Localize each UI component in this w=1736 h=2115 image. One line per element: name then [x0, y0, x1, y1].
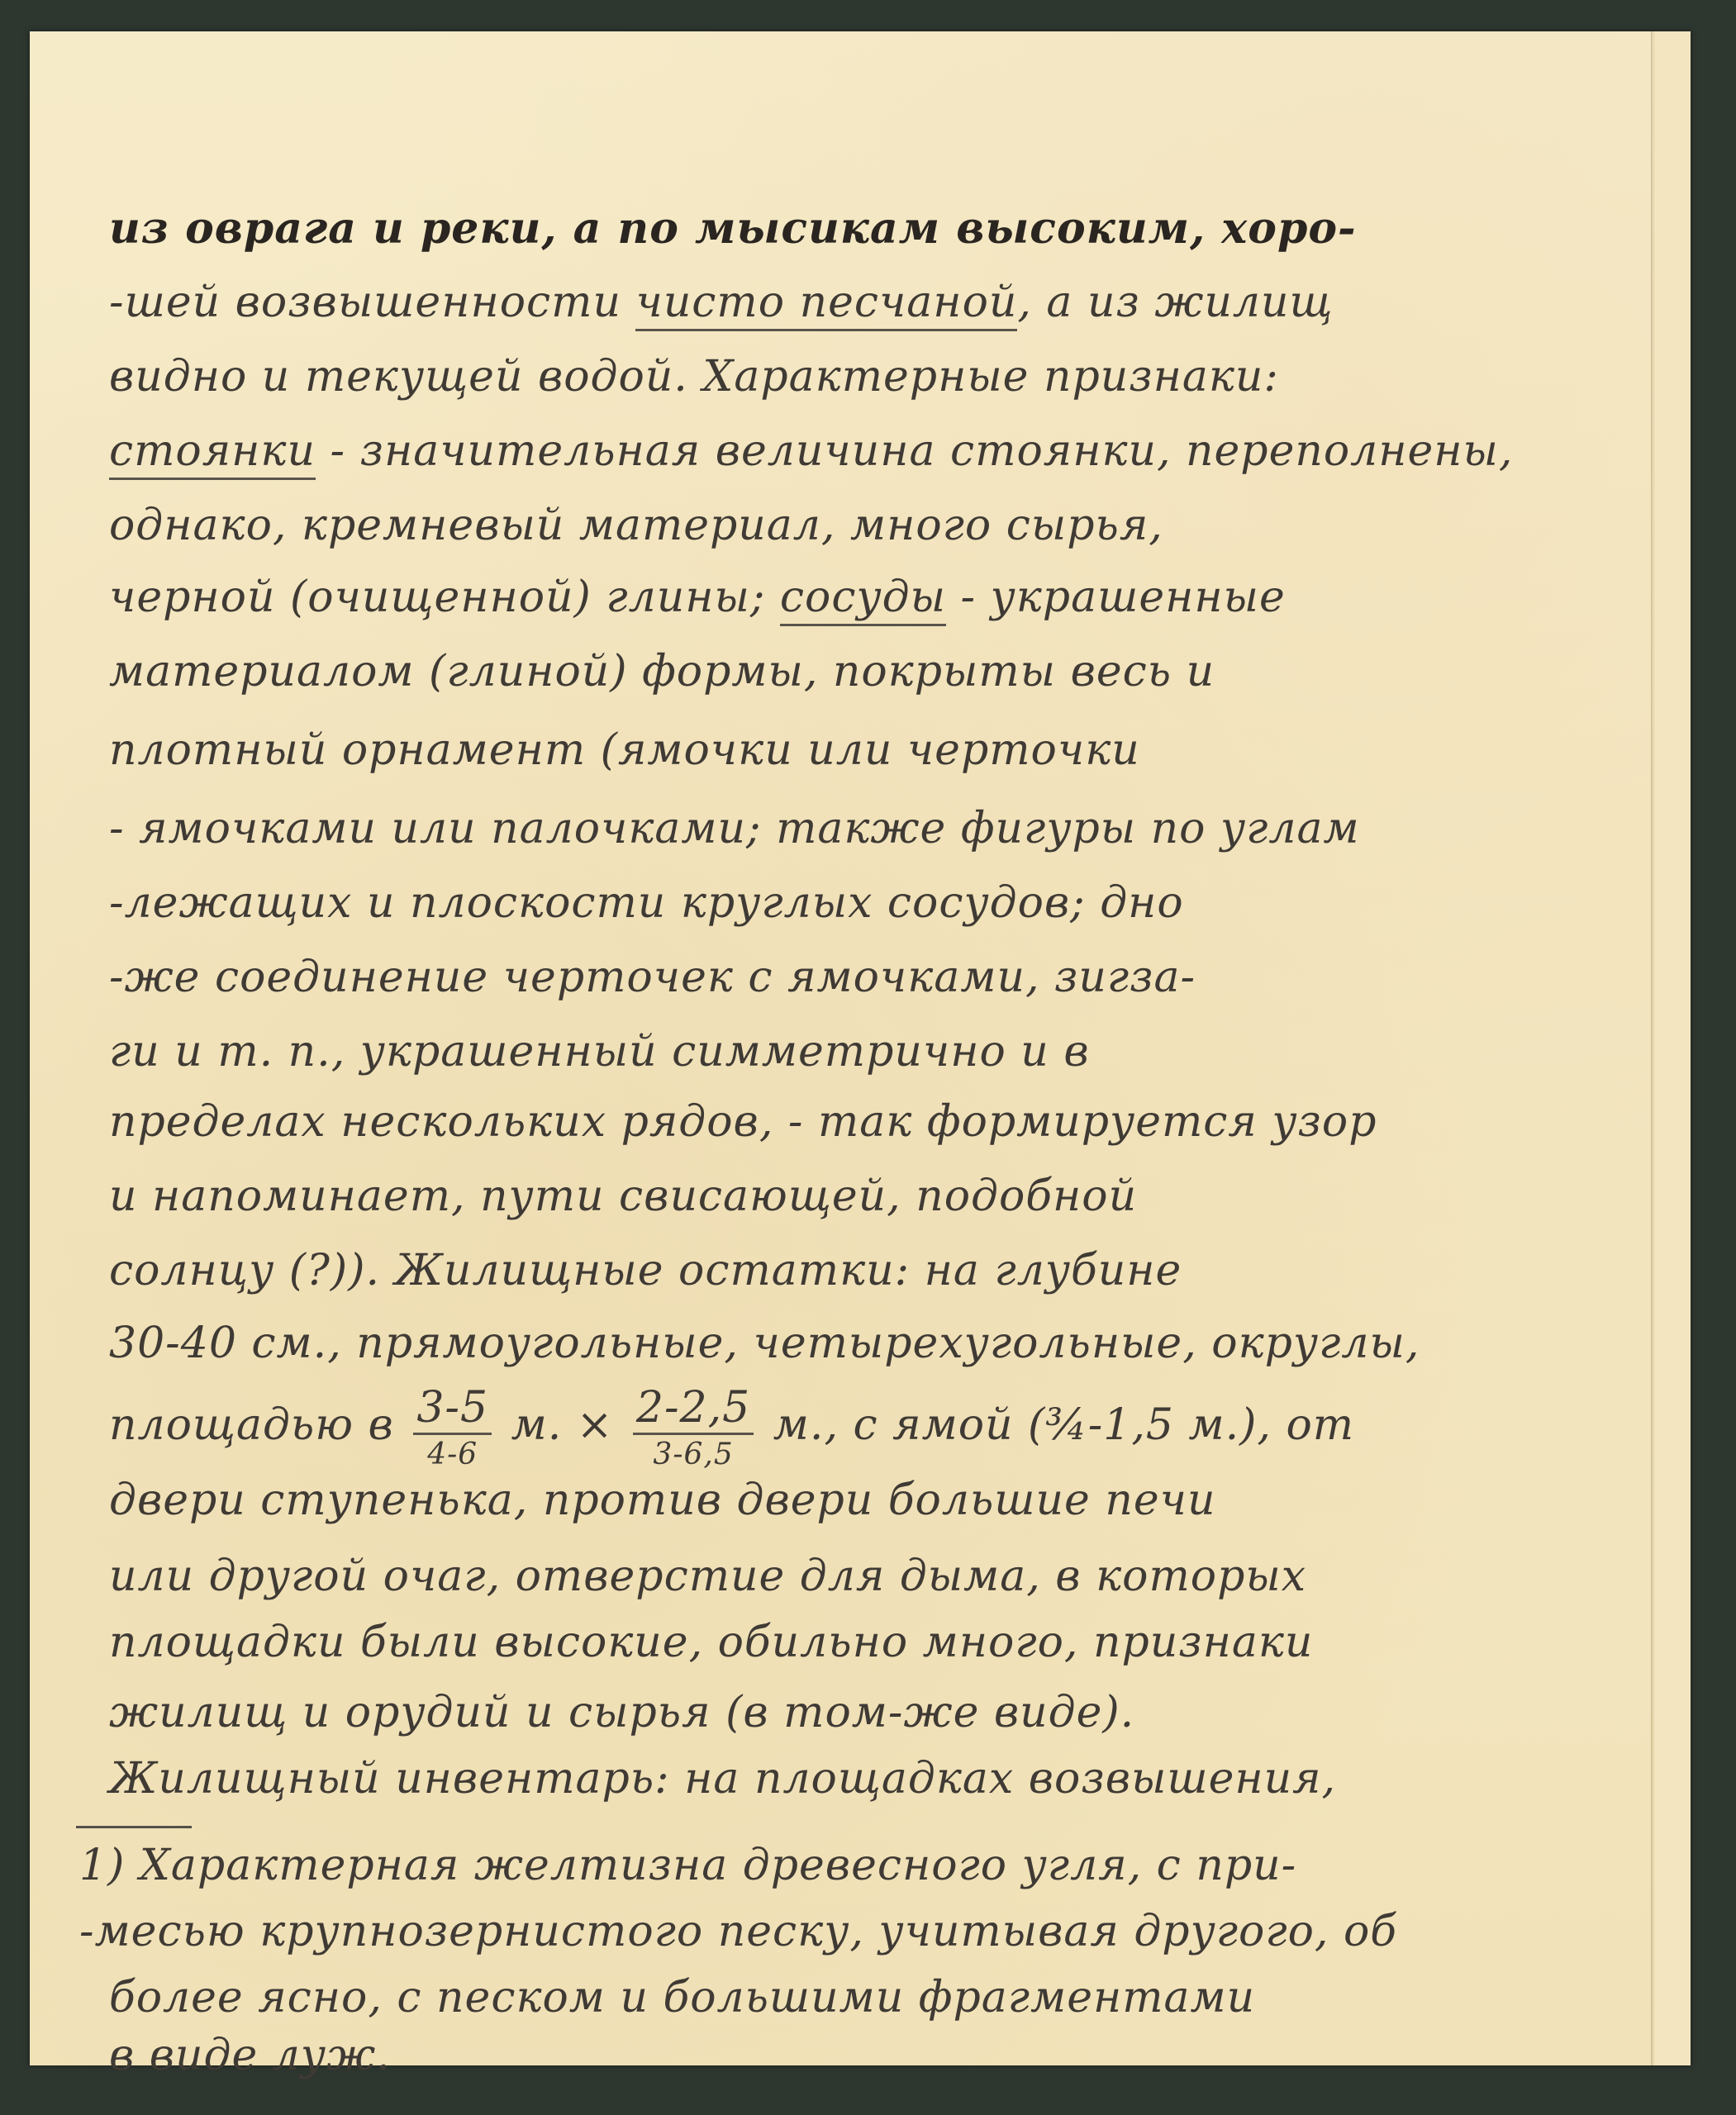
- text-line-8: плотный орнамент (ямочки или черточки: [109, 725, 1140, 775]
- text-line-10: -лежащих и плоскости круглых сосудов; дн…: [109, 878, 1184, 928]
- page-edge: [1653, 31, 1691, 2065]
- line-text: Жилищный инвентарь: на площадках возвыше…: [109, 1754, 1336, 1804]
- text-line-14: и напоминает, пути свисающей, подобной: [109, 1172, 1137, 1221]
- line-text: из оврага и реки, а по мысикам высоким, …: [109, 203, 1357, 254]
- text-line-20: площадки были высокие, обильно много, пр…: [109, 1618, 1313, 1667]
- line-text: и напоминает, пути свисающей, подобной: [109, 1172, 1137, 1221]
- fraction-width: 2-2,5 3-6,5: [633, 1386, 754, 1470]
- fraction-numerator: 3-5: [413, 1386, 492, 1435]
- text-line-7: материалом (глиной) формы, покрыты весь …: [109, 647, 1215, 696]
- fraction-numerator: 2-2,5: [633, 1386, 754, 1435]
- text-line-2: -шей возвышенности чисто песчаной, а из …: [109, 278, 1334, 327]
- text-line-22: Жилищный инвентарь: на площадках возвыше…: [109, 1754, 1336, 1804]
- line-text: солнцу (?)). Жилищные остатки: на глубин…: [109, 1246, 1182, 1295]
- line-text: - ямочками или палочками; также фигуры п…: [109, 804, 1360, 853]
- fraction-length: 3-5 4-6: [413, 1386, 492, 1470]
- line-text: более ясно, с песком и большими фрагмент…: [109, 1973, 1255, 2022]
- text-line-11: -же соединение черточек с ямочками, зигз…: [109, 953, 1196, 1002]
- text-line-21: жилищ и орудий и сырья (в том-же виде).: [109, 1688, 1134, 1737]
- footnote-separator: [76, 1826, 192, 1828]
- footnote-line-4: в виде луж.: [109, 2031, 391, 2080]
- line-text: площадью в: [109, 1400, 394, 1450]
- line-text: плотный орнамент (ямочки или черточки: [109, 725, 1140, 775]
- underlined-term: стоянки: [109, 426, 316, 480]
- fraction-denominator: 3-6,5: [653, 1435, 733, 1470]
- line-text: 30-40 см., прямоугольные, четырехугольны…: [109, 1319, 1420, 1368]
- text-line-4: стоянки - значительная величина стоянки,…: [109, 426, 1513, 476]
- line-text: или другой очаг, отверстие для дыма, в к…: [109, 1552, 1306, 1601]
- line-text: - значительная величина стоянки, перепол…: [316, 426, 1513, 476]
- line-text: пределах нескольких рядов, - так формиру…: [109, 1097, 1377, 1147]
- fraction-denominator: 4-6: [427, 1435, 478, 1470]
- manuscript-page: из оврага и реки, а по мысикам высоким, …: [30, 31, 1691, 2065]
- line-text: -же соединение черточек с ямочками, зигз…: [109, 953, 1196, 1002]
- text-line-13: пределах нескольких рядов, - так формиру…: [109, 1097, 1377, 1147]
- line-text: -шей возвышенности: [109, 278, 621, 327]
- text-line-17-dimensions: площадью в 3-5 4-6 м. × 2-2,5 3-6,5 м., …: [109, 1386, 1354, 1470]
- line-text: двери ступенька, против двери большие пе…: [109, 1476, 1215, 1525]
- line-text: черной (очищенной) глины;: [109, 573, 765, 622]
- line-text: видно и текущей водой. Характерные призн…: [109, 352, 1279, 402]
- line-text: однако, кремневый материал, много сырья,: [109, 501, 1163, 550]
- underlined-term: чисто песчаной: [635, 278, 1017, 331]
- line-text: -месью крупнозернистого песку, учитывая …: [79, 1907, 1397, 1956]
- text-line-6: черной (очищенной) глины; сосуды - украш…: [109, 573, 1286, 622]
- underlined-term: сосуды: [780, 573, 946, 626]
- line-text: в виде луж.: [109, 2031, 391, 2080]
- line-text: ги и т. п., украшенный симметрично и в: [109, 1027, 1090, 1077]
- line-text: м. ×: [511, 1400, 614, 1450]
- footnote-line-2: -месью крупнозернистого песку, учитывая …: [79, 1907, 1397, 1956]
- footnote-line-3: более ясно, с песком и большими фрагмент…: [109, 1973, 1255, 2022]
- line-text: , а из жилищ: [1017, 278, 1333, 327]
- text-line-3: видно и текущей водой. Характерные призн…: [109, 352, 1279, 402]
- text-line-18: двери ступенька, против двери большие пе…: [109, 1476, 1215, 1525]
- page-fold: [1651, 31, 1653, 2065]
- text-line-5: однако, кремневый материал, много сырья,: [109, 501, 1163, 550]
- line-text: жилищ и орудий и сырья (в том-же виде).: [109, 1688, 1134, 1737]
- text-line-19: или другой очаг, отверстие для дыма, в к…: [109, 1552, 1306, 1601]
- line-text: материалом (глиной) формы, покрыты весь …: [109, 647, 1215, 696]
- text-line-12: ги и т. п., украшенный симметрично и в: [109, 1027, 1090, 1077]
- line-text: - украшенные: [946, 573, 1286, 622]
- text-line-9: - ямочками или палочками; также фигуры п…: [109, 804, 1360, 853]
- line-text: площадки были высокие, обильно много, пр…: [109, 1618, 1313, 1667]
- line-text: м., с ямой (¾-1,5 м.), от: [773, 1400, 1354, 1450]
- footnote-line-1: 1) Характерная желтизна древесного угля,…: [79, 1841, 1296, 1890]
- text-line-15: солнцу (?)). Жилищные остатки: на глубин…: [109, 1246, 1182, 1295]
- text-line-16: 30-40 см., прямоугольные, четырехугольны…: [109, 1319, 1420, 1368]
- line-text: 1) Характерная желтизна древесного угля,…: [79, 1841, 1296, 1890]
- line-text: -лежащих и плоскости круглых сосудов; дн…: [109, 878, 1184, 928]
- text-line-1: из оврага и реки, а по мысикам высоким, …: [109, 203, 1357, 254]
